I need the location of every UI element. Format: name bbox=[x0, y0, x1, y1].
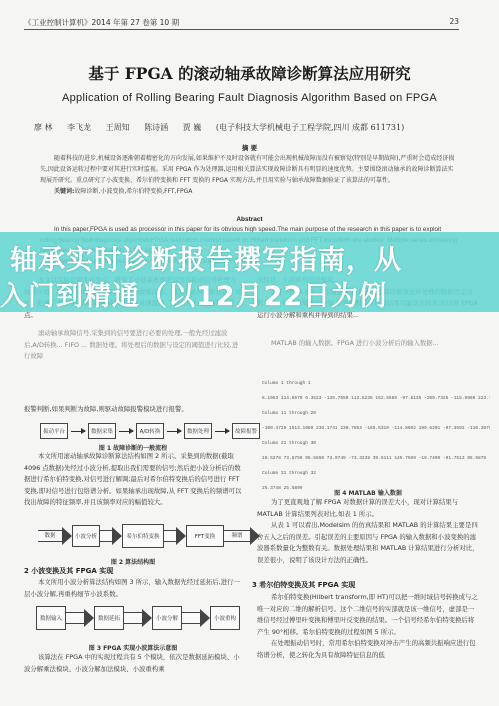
fig3-box: 小波分解 bbox=[152, 606, 182, 630]
alarm-paragraph-wrap: 报警判断,如果判断为故障,则驱动故障报警模块进行报警。 bbox=[24, 404, 242, 416]
author-name: 王周知 bbox=[106, 123, 130, 132]
matlab-line: 6.1953 114.6570 6.3523 -135.7550 113.823… bbox=[262, 391, 490, 406]
author-affiliation: (电子科技大学机械电子工程学院,四川 成都 611731) bbox=[216, 123, 404, 132]
section-3-body: 希尔伯特变换(Hilbert transform,即 HT)可以把一维时域信号转… bbox=[257, 592, 479, 661]
fig3-box: 小波重构 bbox=[210, 606, 240, 630]
hilbert-paragraph: 希尔伯特变换(Hilbert transform,即 HT)可以把一维时域信号转… bbox=[257, 592, 479, 638]
abstract-en-heading: Abstract bbox=[0, 216, 499, 223]
arrow-right-icon bbox=[215, 431, 229, 432]
table-analysis-paragraph: 从表 1 可以看出,Modelsim 的仿真结果和 MATLAB 的计算结果主要… bbox=[257, 520, 479, 566]
running-header: 《工业控制计算机》2014 年第 27 卷第 10 期 23 bbox=[24, 17, 459, 30]
author-line: 廖 林 李飞龙 王周知 陈诗涵 贾 巍 (电子科技大学机械电子工程学院,四川 成… bbox=[34, 122, 469, 133]
keywords-text: 故障诊断,小波变换,希尔伯特变换,FFT,FPGA bbox=[74, 188, 192, 195]
fig2-description: 本文所用滚动轴承故障诊断算法结构如图 2 所示。采集到的数据(截取 4096 点… bbox=[24, 451, 242, 509]
arrow-right-icon bbox=[124, 609, 152, 627]
abstract-cn-heading: 摘 要 bbox=[0, 143, 499, 152]
figure-4-matlab-output: Column 1 through 1 6.1953 114.6570 6.352… bbox=[262, 390, 490, 496]
matlab-line: Column 21 through 30 bbox=[262, 436, 490, 451]
fig1-box: 数据处理 bbox=[184, 423, 212, 439]
abstract-cn-text: 随着科技的进步,机械设备逐渐朝着精密化的方向发展,如果维护不及时设备就有可能会出… bbox=[40, 153, 459, 186]
compare-paragraph: 为了更直观地了解 FPGA 对数据计算的误差大小，现对计算结果与 MATLAB … bbox=[257, 497, 479, 520]
fig2-paragraph: 本文所用滚动轴承故障诊断算法结构如图 2 所示。采集到的数据(截取 4096 点… bbox=[24, 451, 242, 509]
paper-title-chinese: 基于 FPGA 的滚动轴承故障诊断算法应用研究 bbox=[0, 62, 499, 84]
matlab-line: Column 31 through 32 bbox=[262, 466, 490, 481]
section-2-body: 本文所用小波分析算法结构如图 3 所示，输入数据先经过延拓后,进行一层小波分解,… bbox=[24, 577, 242, 600]
figure-1-flowchart: 振动平台 数据采集 A/D转换 数据处理 故障报警 bbox=[40, 423, 260, 439]
right-column-body: 为了更直观地了解 FPGA 对数据计算的误差大小，现对计算结果与 MATLAB … bbox=[257, 497, 479, 566]
author-name: 廖 林 bbox=[34, 123, 53, 132]
arrow-right-icon bbox=[100, 527, 122, 545]
paper-title-english: Application of Rolling Bearing Fault Dia… bbox=[0, 92, 499, 104]
banner-title-line-2: 入门到精通（以12月22日为例 bbox=[0, 274, 499, 313]
fig2-box: 希尔伯特变换 bbox=[122, 524, 164, 548]
arrow-right-icon bbox=[71, 431, 85, 432]
author-name: 陈诗涵 bbox=[144, 123, 168, 132]
fig2-box: 小波分析 bbox=[72, 525, 100, 547]
arrow-right-icon bbox=[182, 609, 210, 627]
section-3-heading: 3 希尔伯特变换及其 FPGA 实现 bbox=[252, 580, 355, 590]
page-number: 23 bbox=[449, 17, 459, 26]
modules-body: 该算法在 FPGA 中的实现过程共有 5 个模块，依次是数据延拓模块、小波分解乘… bbox=[24, 652, 242, 675]
arrow-right-icon bbox=[164, 527, 186, 545]
overlay-title-banner: 轴承实时诊断报告撰写指南，从 入门到精通（以12月22日为例 bbox=[0, 232, 499, 312]
abstract-cn-keywords: 关键词:故障诊断,小波变换,希尔伯特变换,FFT,FPGA bbox=[40, 186, 459, 197]
alarm-paragraph: 报警判断,如果判断为故障,则驱动故障报警模块进行报警。 bbox=[24, 404, 242, 416]
figure-2-flowchart: 数据 小波分析 希尔伯特变换 FFT变换 频谱 bbox=[38, 524, 260, 548]
output-arrow-icon: 频谱 bbox=[224, 527, 260, 545]
banner-title-line-1: 轴承实时诊断报告撰写指南，从 bbox=[10, 238, 499, 277]
input-arrow-icon: 数据 bbox=[38, 527, 72, 545]
matlab-line: 19.5278 73.8759 95.5659 73.9749 -73.3238… bbox=[262, 451, 490, 466]
matlab-line: Column 1 through 1 bbox=[262, 376, 490, 391]
arrow-right-icon bbox=[167, 431, 181, 432]
matlab-line: -100.4729 1513.1089 238.1741 230.7853 -1… bbox=[262, 421, 490, 436]
fig1-box: 故障报警 bbox=[232, 423, 260, 439]
author-name: 李飞龙 bbox=[67, 123, 91, 132]
section-2-paragraph: 本文所用小波分析算法结构如图 3 所示，输入数据先经过延拓后,进行一层小波分解,… bbox=[24, 577, 242, 600]
figure-4-caption: 图 4 MATLAB 输入数据 bbox=[257, 488, 479, 497]
modules-paragraph: 该算法在 FPGA 中的实现过程共有 5 个模块，依次是数据延拓模块、小波分解乘… bbox=[24, 652, 242, 675]
section-2-heading: 2 小波变换及其 FPGA 实现 bbox=[24, 566, 113, 576]
abstract-cn: 随着科技的进步,机械设备逐渐朝着精密化的方向发展,如果维护不及时设备就有可能会出… bbox=[40, 153, 459, 197]
journal-info: 《工业控制计算机》2014 年第 27 卷第 10 期 bbox=[24, 17, 179, 28]
matlab-line: Column 11 through 20 bbox=[262, 406, 490, 421]
figure-3-flowchart: 数据输入 数据延拓 小波分解 小波重构 bbox=[36, 606, 240, 630]
fig3-box: 数据输入 bbox=[36, 606, 66, 630]
document-page: 《工业控制计算机》2014 年第 27 卷第 10 期 23 基于 FPGA 的… bbox=[0, 0, 499, 706]
input-label: 数据 bbox=[38, 530, 62, 542]
author-name: 贾 巍 bbox=[183, 123, 202, 132]
right-hidden-paragraph: MATLAB 的输入数据。FPGA 进行小波分析后的输入数据... bbox=[257, 338, 479, 350]
figure-2-caption: 图 2 算法结构图 bbox=[24, 557, 242, 566]
right-hidden: MATLAB 的输入数据。FPGA 进行小波分析后的输入数据... bbox=[257, 338, 479, 350]
figure-3-caption: 图 3 FPGA 实现小波算法示意图 bbox=[24, 643, 242, 652]
keywords-label: 关键词: bbox=[54, 188, 74, 195]
output-label: 频谱 bbox=[224, 530, 250, 542]
vibration-paragraph: 在处理振动信号时，常用希尔伯特变换对冲击产生的高频共振响应进行包络谱分析，使之转… bbox=[257, 638, 479, 661]
fig2-box: FFT变换 bbox=[186, 525, 224, 547]
arrow-right-icon bbox=[66, 609, 94, 627]
left-column-hidden-paragraph: 滚动轴承故障信号,采集到的信号要进行必要的处理,一般先经过滤波后,A/D转换..… bbox=[24, 328, 242, 363]
arrow-right-icon bbox=[119, 431, 133, 432]
fig1-box: 数据采集 bbox=[88, 423, 116, 439]
hidden-paragraph: 滚动轴承故障信号,采集到的信号要进行必要的处理,一般先经过滤波后,A/D转换..… bbox=[24, 328, 242, 363]
fig3-box: 数据延拓 bbox=[94, 606, 124, 630]
fig1-box: 振动平台 bbox=[40, 423, 68, 439]
fig1-box: A/D转换 bbox=[136, 423, 164, 439]
